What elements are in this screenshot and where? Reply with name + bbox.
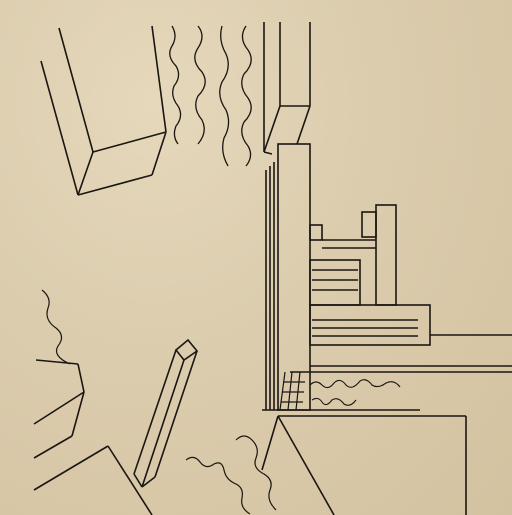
tall-slab-wall-upper [264,22,310,154]
garden-box-top-left [41,26,166,195]
shrubs-middle [310,380,400,406]
house-building [262,144,512,410]
paving-strip [280,372,305,410]
drawing-sheet [0,0,512,515]
leaning-beam [134,340,197,487]
garden-plot-left [34,290,152,515]
garden-plot-bottom-right [262,416,466,515]
architectural-drawing [0,0,512,515]
shrubs-bottom [186,436,276,514]
hedge-rows-top [170,26,251,166]
